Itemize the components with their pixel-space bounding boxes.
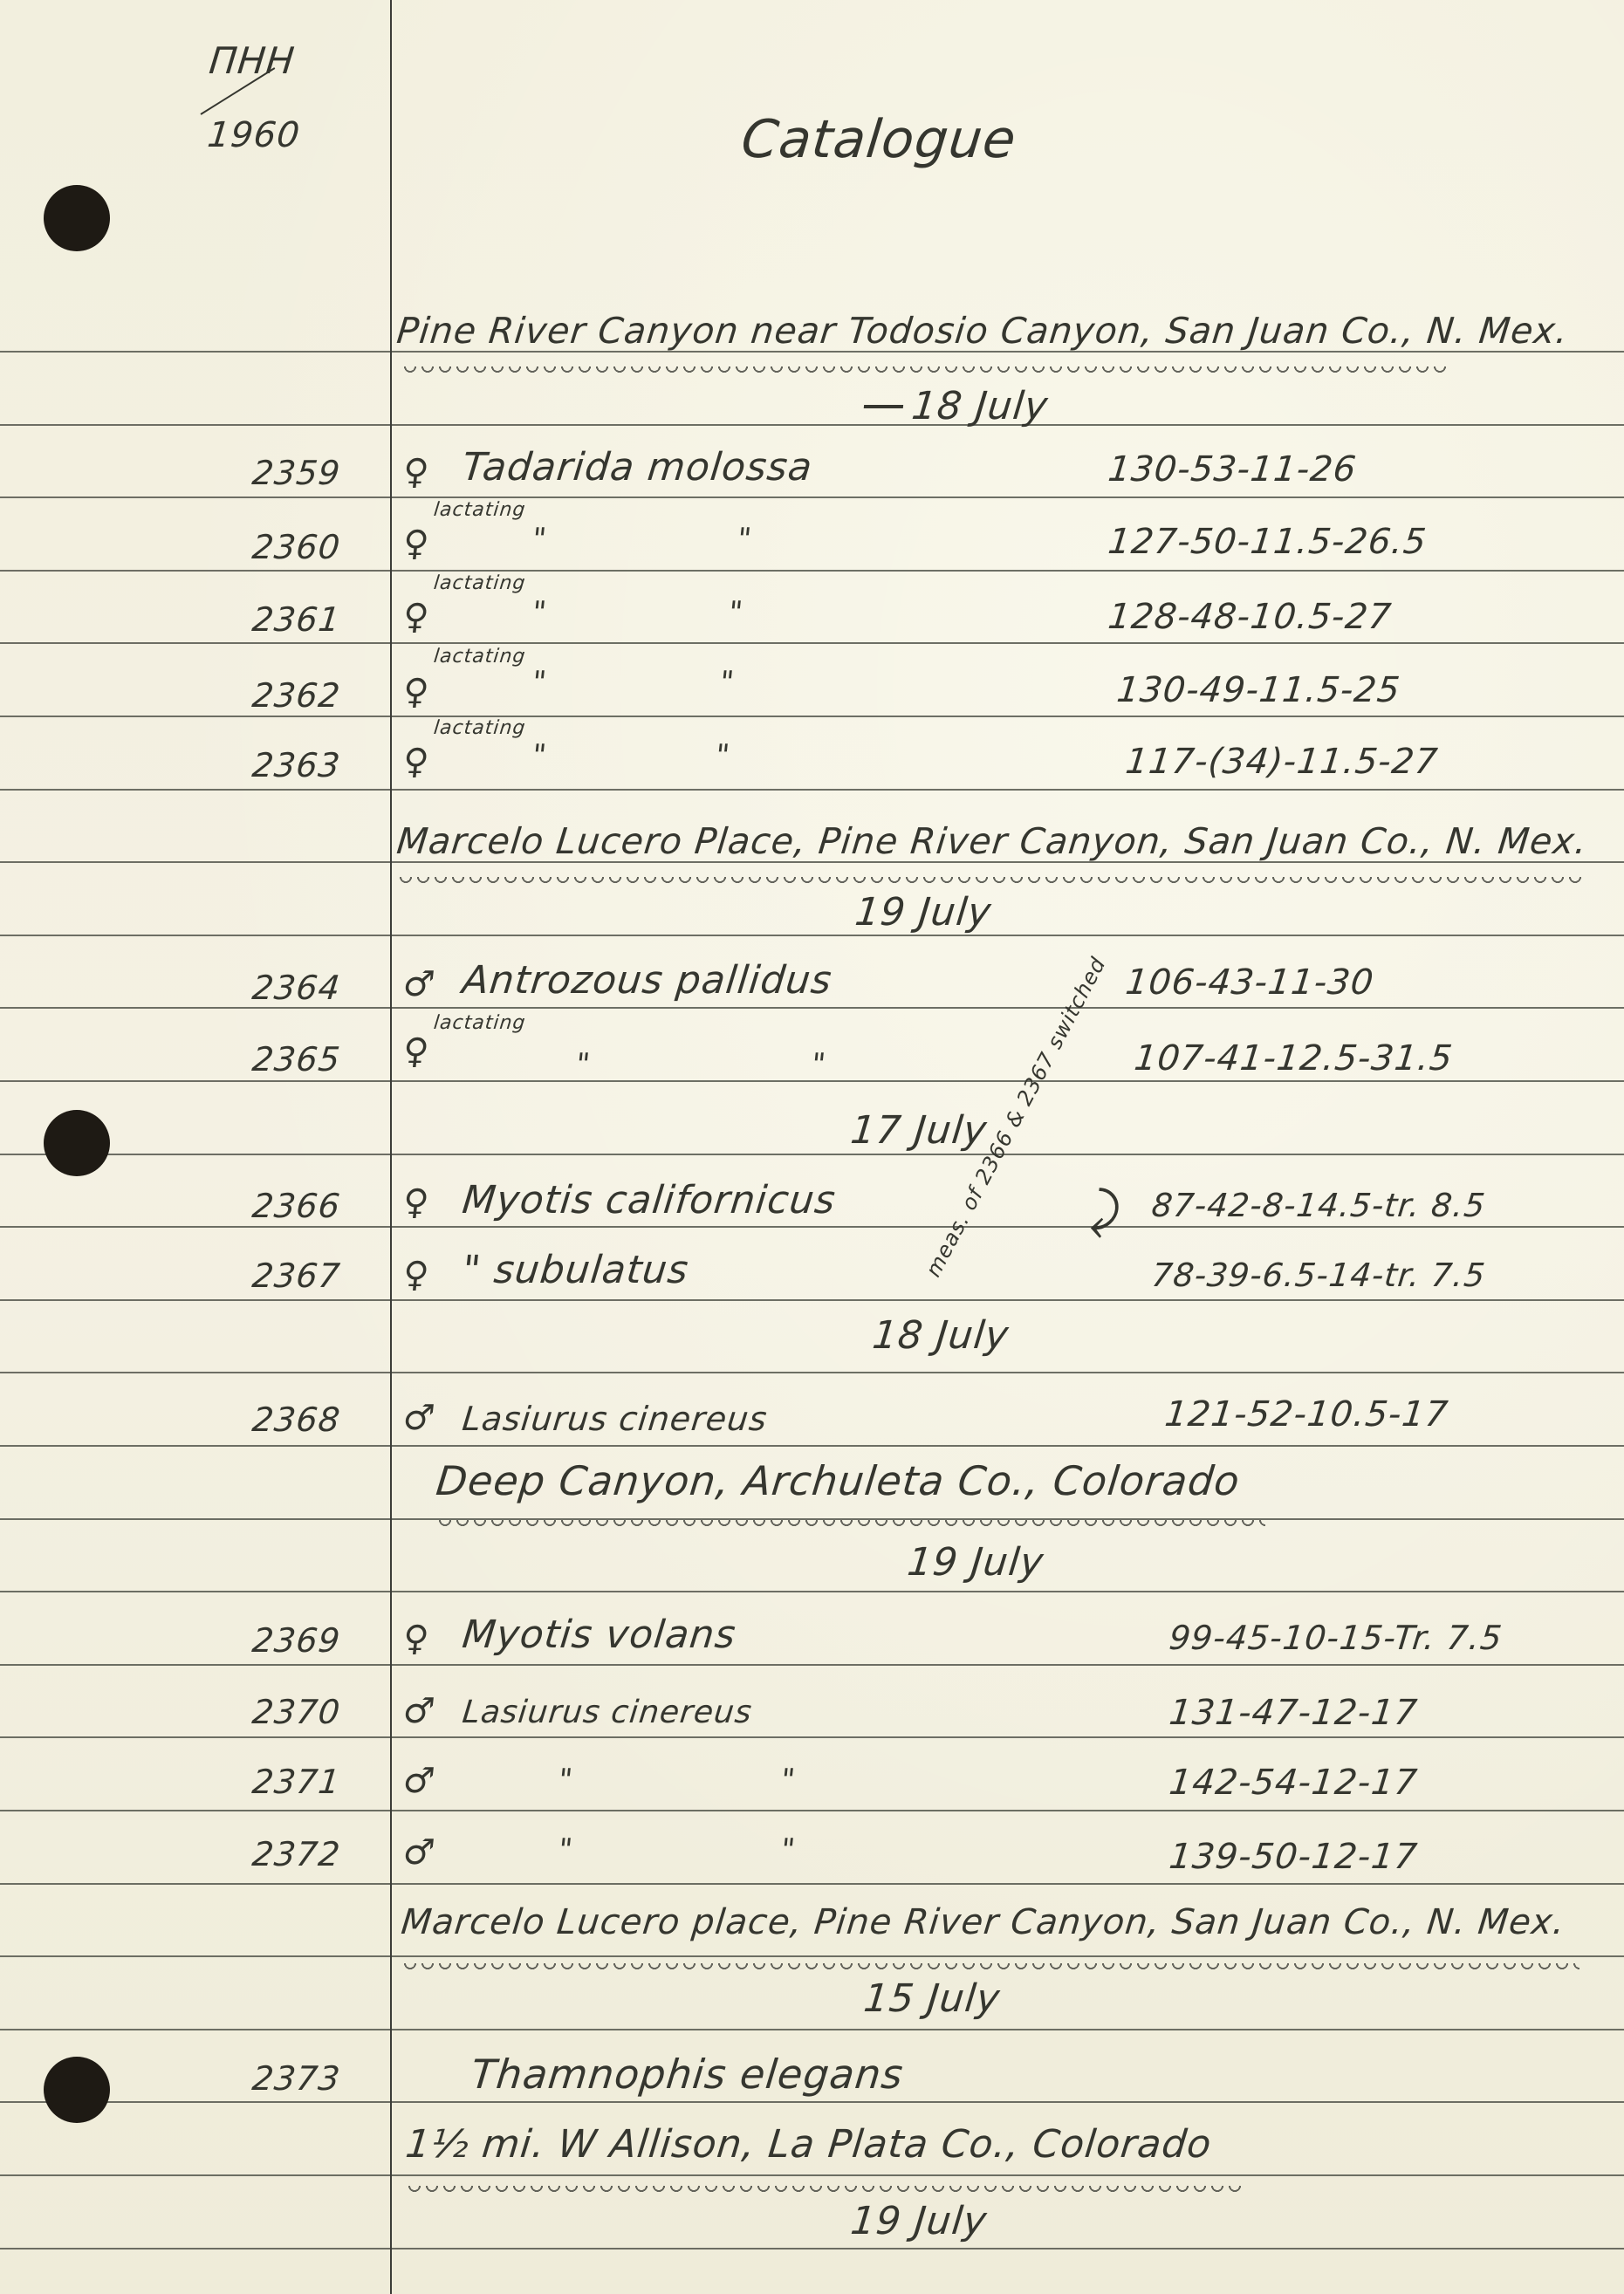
lactating-note: lactating xyxy=(433,1012,527,1034)
ruled-line xyxy=(0,1445,1624,1447)
catalog-number: 2366 xyxy=(208,1187,343,1225)
female-symbol-icon: ♀ xyxy=(401,742,432,782)
female-symbol-icon: ♀ xyxy=(401,1255,432,1295)
female-symbol-icon: ♀ xyxy=(401,672,432,712)
catalog-number: 2367 xyxy=(208,1257,343,1295)
measurements: 130-49-11.5-25 xyxy=(1115,670,1402,710)
locality-underline xyxy=(436,1520,1265,1529)
ruled-line xyxy=(0,496,1624,498)
female-symbol-icon: ♀ xyxy=(401,1031,432,1072)
species-name: Thamnophis elegans xyxy=(469,2051,906,2098)
measurements: 87-42-8-14.5-tr. 8.5 xyxy=(1150,1187,1488,1224)
female-symbol-icon: ♀ xyxy=(401,524,432,564)
measurements: 78-39-6.5-14-tr. 7.5 xyxy=(1150,1257,1488,1294)
locality-underline xyxy=(401,366,1449,375)
catalog-number: 2362 xyxy=(208,676,343,715)
measurements: 142-54-12-17 xyxy=(1168,1763,1420,1803)
catalog-number: 2360 xyxy=(208,528,343,566)
ruled-line xyxy=(0,2101,1624,2103)
ruled-line xyxy=(0,1226,1624,1228)
ruled-line xyxy=(0,1299,1624,1301)
species-name: Lasiurus cinereus xyxy=(461,1695,754,1730)
ruled-line xyxy=(0,642,1624,644)
species-name: Myotis californicus xyxy=(460,1178,838,1222)
ruled-line xyxy=(0,1883,1624,1885)
ruled-line xyxy=(0,1955,1624,1957)
date-heading: 19 July xyxy=(905,1540,1045,1585)
catalog-number: 2373 xyxy=(208,2059,343,2098)
species-name: Myotis volans xyxy=(460,1613,738,1657)
measurements: 106-43-11-30 xyxy=(1124,962,1376,1003)
ruled-line xyxy=(0,935,1624,936)
catalog-number: 2363 xyxy=(208,746,343,784)
date-heading: 17 July xyxy=(848,1108,989,1153)
catalog-number: 2369 xyxy=(208,1621,343,1660)
locality-heading: Marcelo Lucero place, Pine River Canyon,… xyxy=(400,1902,1567,1942)
ruled-line xyxy=(0,1664,1624,1666)
date-heading: 19 July xyxy=(848,2199,989,2243)
measurements: 130-53-11-26 xyxy=(1107,449,1359,490)
ruled-line xyxy=(0,2029,1624,2030)
male-symbol-icon: ♂ xyxy=(401,1691,438,1731)
male-symbol-icon: ♂ xyxy=(401,964,438,1004)
date-heading: 19 July xyxy=(853,890,993,935)
catalog-number: 2365 xyxy=(208,1040,343,1079)
species-name: " subulatus xyxy=(460,1248,690,1292)
measurements: 117-(34)-11.5-27 xyxy=(1124,742,1441,782)
male-symbol-icon: ♂ xyxy=(401,1832,438,1873)
ruled-line xyxy=(0,1591,1624,1592)
species-name: Lasiurus cinereus xyxy=(461,1400,770,1438)
ruled-line xyxy=(0,1736,1624,1738)
measurements: 99-45-10-15-Tr. 7.5 xyxy=(1168,1619,1504,1657)
catalog-number: 2372 xyxy=(208,1835,343,1873)
ruled-line xyxy=(0,1810,1624,1811)
lactating-note: lactating xyxy=(433,646,527,668)
catalog-number: 2371 xyxy=(208,1763,343,1801)
female-symbol-icon: ♀ xyxy=(401,1619,432,1659)
species-name: Tadarida molossa xyxy=(460,445,814,490)
margin-line xyxy=(390,0,392,2294)
ruled-line xyxy=(0,1154,1624,1155)
ruled-line xyxy=(0,716,1624,717)
ruled-line xyxy=(0,1007,1624,1009)
lactating-note: lactating xyxy=(433,499,527,521)
male-symbol-icon: ♂ xyxy=(401,1761,438,1801)
lactating-note: lactating xyxy=(433,572,527,594)
female-symbol-icon: ♀ xyxy=(401,597,432,637)
locality-underline xyxy=(401,1963,1579,1972)
ruled-line xyxy=(0,570,1624,572)
date-heading: 18 July xyxy=(870,1313,1011,1358)
male-symbol-icon: ♂ xyxy=(401,1398,438,1438)
species-name: Antrozous pallidus xyxy=(460,958,834,1003)
punch-hole xyxy=(44,185,110,251)
locality-underline xyxy=(406,2186,1244,2195)
curved-arrow-icon: ⤸ xyxy=(1088,1182,1125,1240)
measurements: 131-47-12-17 xyxy=(1168,1693,1420,1733)
locality-heading: Pine River Canyon near Todosio Canyon, S… xyxy=(394,310,1570,352)
locality-heading: 1½ mi. W Allison, La Plata Co., Colorado xyxy=(403,2122,1214,2167)
catalog-number: 2370 xyxy=(208,1693,343,1731)
locality-underline xyxy=(397,877,1584,886)
page-title: Catalogue xyxy=(738,109,1019,170)
ruled-line xyxy=(0,789,1624,791)
measurements: 139-50-12-17 xyxy=(1168,1837,1420,1877)
lactating-note: lactating xyxy=(433,717,527,739)
locality-heading: Marcelo Lucero Place, Pine River Canyon,… xyxy=(394,820,1589,862)
female-symbol-icon: ♀ xyxy=(401,452,432,492)
punch-hole xyxy=(44,2057,110,2123)
corner-year: 1960 xyxy=(206,115,303,155)
punch-hole xyxy=(44,1110,110,1176)
female-symbol-icon: ♀ xyxy=(401,1182,432,1222)
date-heading: 18 July xyxy=(861,384,1050,428)
catalog-number: 2368 xyxy=(208,1400,343,1439)
measurements: 127-50-11.5-26.5 xyxy=(1107,522,1429,562)
ruled-line xyxy=(0,2174,1624,2176)
ruled-line xyxy=(0,1372,1624,1373)
ruled-line xyxy=(0,424,1624,426)
measurements: 128-48-10.5-27 xyxy=(1107,597,1394,637)
catalog-number: 2364 xyxy=(208,969,343,1007)
measurements: 121-52-10.5-17 xyxy=(1163,1394,1450,1435)
measurements: 107-41-12.5-31.5 xyxy=(1133,1038,1456,1079)
corner-initials: ΠHH xyxy=(207,39,297,82)
date-heading: 15 July xyxy=(861,1976,1002,2021)
ruled-line xyxy=(0,2248,1624,2249)
catalog-number: 2361 xyxy=(208,600,343,639)
catalog-number: 2359 xyxy=(208,454,343,492)
locality-heading: Deep Canyon, Archuleta Co., Colorado xyxy=(434,1457,1242,1504)
